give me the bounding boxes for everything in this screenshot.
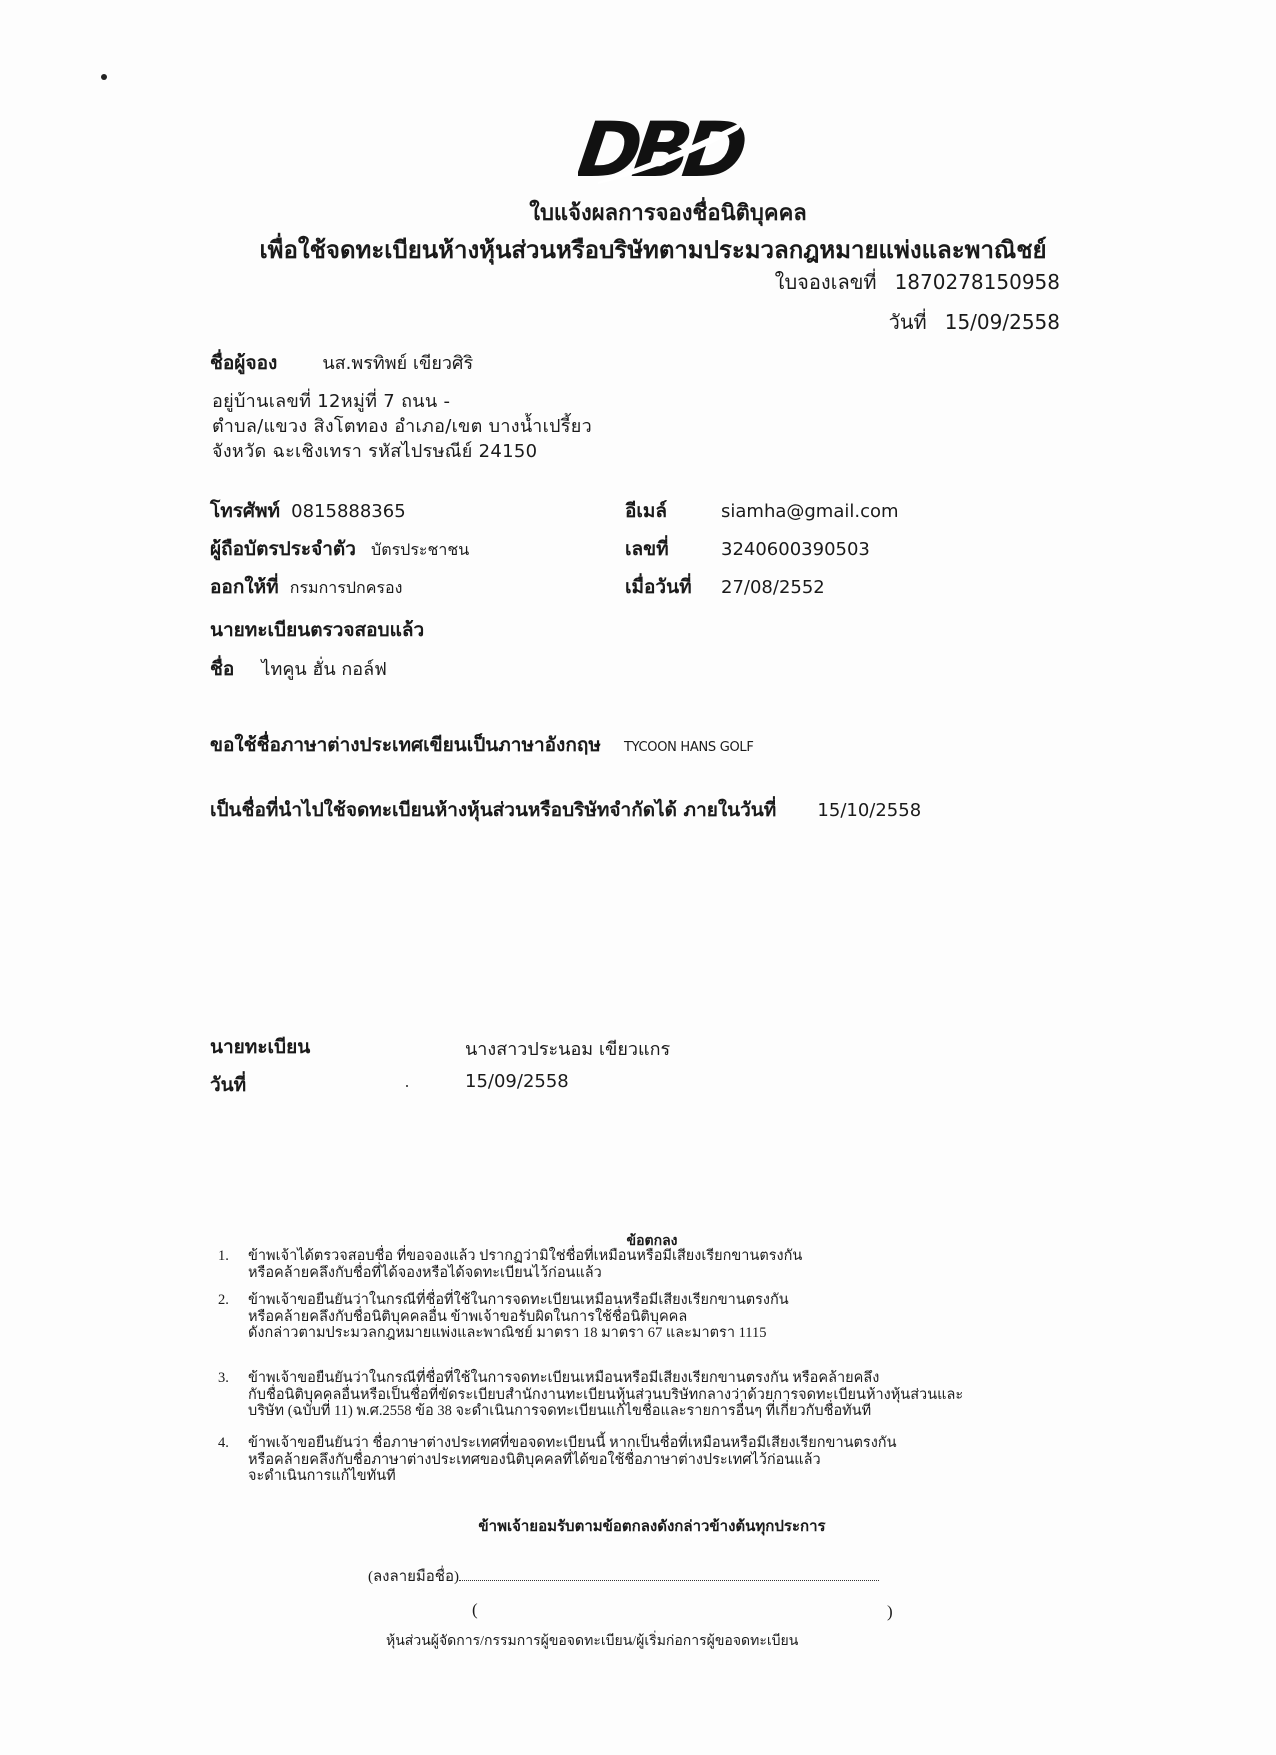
email-label: อีเมล์ bbox=[625, 496, 721, 526]
reservation-number-label: ใบจองเลขที่ bbox=[775, 270, 877, 294]
issued-date-row: เมื่อวันที่27/08/2552 bbox=[625, 572, 825, 602]
email-row: อีเมล์siamha@gmail.com bbox=[625, 496, 899, 526]
document-title: ใบแจ้งผลการจองชื่อนิติบุคคล bbox=[0, 195, 1276, 230]
id-type: บัตรประชาชน bbox=[371, 540, 469, 559]
term-line: ข้าพเจ้าขอยืนยันว่าในกรณีที่ชื่อที่ใช้ใน… bbox=[248, 1370, 963, 1387]
document-date: 15/09/2558 bbox=[945, 310, 1060, 334]
address-line-3: จังหวัด ฉะเชิงเทรา รหัสไปรษณีย์ 24150 bbox=[212, 436, 537, 465]
phone-row: โทรศัพท์ 0815888365 bbox=[210, 496, 406, 526]
document-date-row: วันที่15/09/2558 bbox=[889, 306, 1060, 338]
term-number: 2. bbox=[218, 1292, 248, 1309]
term-item-1: 1. ข้าพเจ้าได้ตรวจสอบชื่อ ที่ขอจองแล้ว ป… bbox=[218, 1248, 802, 1281]
svg-text:DBD: DBD bbox=[578, 112, 750, 186]
issued-by-label: ออกให้ที่ bbox=[210, 576, 279, 598]
usable-until-label: เป็นชื่อที่นำไปใช้จดทะเบียนห้างหุ้นส่วนห… bbox=[210, 799, 776, 821]
term-line: บริษัท (ฉบับที่ 11) พ.ศ.2558 ข้อ 38 จะดำ… bbox=[248, 1403, 963, 1420]
reservation-number-row: ใบจองเลขที่1870278150958 bbox=[775, 266, 1060, 298]
id-number-label: เลขที่ bbox=[625, 534, 721, 564]
usable-until-date: 15/10/2558 bbox=[817, 800, 921, 821]
issued-date: 27/08/2552 bbox=[721, 577, 825, 598]
foreign-name: TYCOON HANS GOLF bbox=[624, 740, 754, 755]
phone-label: โทรศัพท์ bbox=[210, 500, 280, 522]
verified-name-row: ชื่อ ไทคูน ฮั่น กอล์ฟ bbox=[210, 654, 387, 684]
term-item-3: 3. ข้าพเจ้าขอยืนยันว่าในกรณีที่ชื่อที่ใช… bbox=[218, 1370, 963, 1420]
id-number-row: เลขที่3240600390503 bbox=[625, 534, 870, 564]
term-line: หรือคล้ายคลึงกับชื่อนิติบุคคลอื่น ข้าพเจ… bbox=[248, 1309, 789, 1326]
scan-speck bbox=[406, 1085, 408, 1087]
term-line: จะดำเนินการแก้ไขทันที bbox=[248, 1468, 897, 1485]
term-line: ดังกล่าวตามประมวลกฎหมายแพ่งและพาณิชย์ มา… bbox=[248, 1325, 789, 1342]
registrar-name: นางสาวประนอม เขียวแกร bbox=[465, 1034, 670, 1063]
term-line: ข้าพเจ้าขอยืนยันว่า ชื่อภาษาต่างประเทศที… bbox=[248, 1435, 897, 1452]
issued-by-row: ออกให้ที่ กรมการปกครอง bbox=[210, 572, 402, 602]
reservation-number: 1870278150958 bbox=[895, 270, 1060, 294]
id-number: 3240600390503 bbox=[721, 539, 870, 560]
term-item-4: 4. ข้าพเจ้าขอยืนยันว่า ชื่อภาษาต่างประเท… bbox=[218, 1435, 897, 1485]
signature-line: (ลงลายมือชื่อ) bbox=[368, 1564, 879, 1588]
term-number: 1. bbox=[218, 1248, 248, 1265]
verified-heading: นายทะเบียนตรวจสอบแล้ว bbox=[210, 615, 424, 645]
term-line: กับชื่อนิติบุคคลอื่นหรือเป็นชื่อที่ขัดระ… bbox=[248, 1387, 963, 1404]
applicant-name-row: ชื่อผู้จอง นส.พรทิพย์ เขียวศิริ bbox=[210, 348, 473, 378]
registrar-date-label: วันที่ bbox=[210, 1070, 246, 1100]
registrar-label: นายทะเบียน bbox=[210, 1032, 310, 1062]
registrar-date: 15/09/2558 bbox=[465, 1071, 569, 1092]
issued-by: กรมการปกครอง bbox=[290, 578, 403, 597]
phone-value: 0815888365 bbox=[291, 501, 406, 522]
term-line: ข้าพเจ้าได้ตรวจสอบชื่อ ที่ขอจองแล้ว ปราก… bbox=[248, 1248, 802, 1265]
id-holder-label: ผู้ถือบัตรประจำตัว bbox=[210, 538, 356, 560]
term-line: หรือคล้ายคลึงกับชื่อภาษาต่างประเทศของนิต… bbox=[248, 1452, 897, 1469]
email-value: siamha@gmail.com bbox=[721, 501, 899, 522]
term-number: 3. bbox=[218, 1370, 248, 1387]
signature-dotted-line bbox=[459, 1568, 879, 1581]
close-paren: ) bbox=[887, 1602, 893, 1622]
term-line: ข้าพเจ้าขอยืนยันว่าในกรณีที่ชื่อที่ใช้ใน… bbox=[248, 1292, 789, 1309]
verified-name: ไทคูน ฮั่น กอล์ฟ bbox=[261, 659, 386, 680]
foreign-name-label: ขอใช้ชื่อภาษาต่างประเทศเขียนเป็นภาษาอังก… bbox=[210, 734, 601, 756]
term-item-2: 2. ข้าพเจ้าขอยืนยันว่าในกรณีที่ชื่อที่ใช… bbox=[218, 1292, 789, 1342]
foreign-name-row: ขอใช้ชื่อภาษาต่างประเทศเขียนเป็นภาษาอังก… bbox=[210, 730, 754, 760]
term-number: 4. bbox=[218, 1435, 248, 1452]
acceptance-statement: ข้าพเจ้ายอมรับตามข้อตกลงดังกล่าวข้างต้นท… bbox=[0, 1514, 1276, 1538]
issued-date-label: เมื่อวันที่ bbox=[625, 572, 721, 602]
document-page: DBD ใบแจ้งผลการจองชื่อนิติบุคคล เพื่อใช้… bbox=[0, 0, 1276, 1755]
applicant-name-label: ชื่อผู้จอง bbox=[210, 352, 277, 374]
open-paren: ( bbox=[472, 1600, 478, 1620]
document-subtitle: เพื่อใช้จดทะเบียนห้างหุ้นส่วนหรือบริษัทต… bbox=[0, 230, 1276, 269]
signature-label: (ลงลายมือชื่อ) bbox=[368, 1569, 459, 1585]
id-holder-row: ผู้ถือบัตรประจำตัว บัตรประชาชน bbox=[210, 534, 469, 564]
applicant-name: นส.พรทิพย์ เขียวศิริ bbox=[322, 353, 473, 374]
usable-until-row: เป็นชื่อที่นำไปใช้จดทะเบียนห้างหุ้นส่วนห… bbox=[210, 795, 921, 825]
document-date-label: วันที่ bbox=[889, 310, 927, 334]
term-line: หรือคล้ายคลึงกับชื่อที่ได้จองหรือได้จดทะ… bbox=[248, 1265, 802, 1282]
signer-role: หุ้นส่วนผู้จัดการ/กรรมการผู้ขอจดทะเบียน/… bbox=[386, 1630, 798, 1652]
scan-speck bbox=[101, 74, 107, 80]
verified-name-label: ชื่อ bbox=[210, 658, 234, 680]
dbd-logo: DBD bbox=[578, 112, 750, 186]
